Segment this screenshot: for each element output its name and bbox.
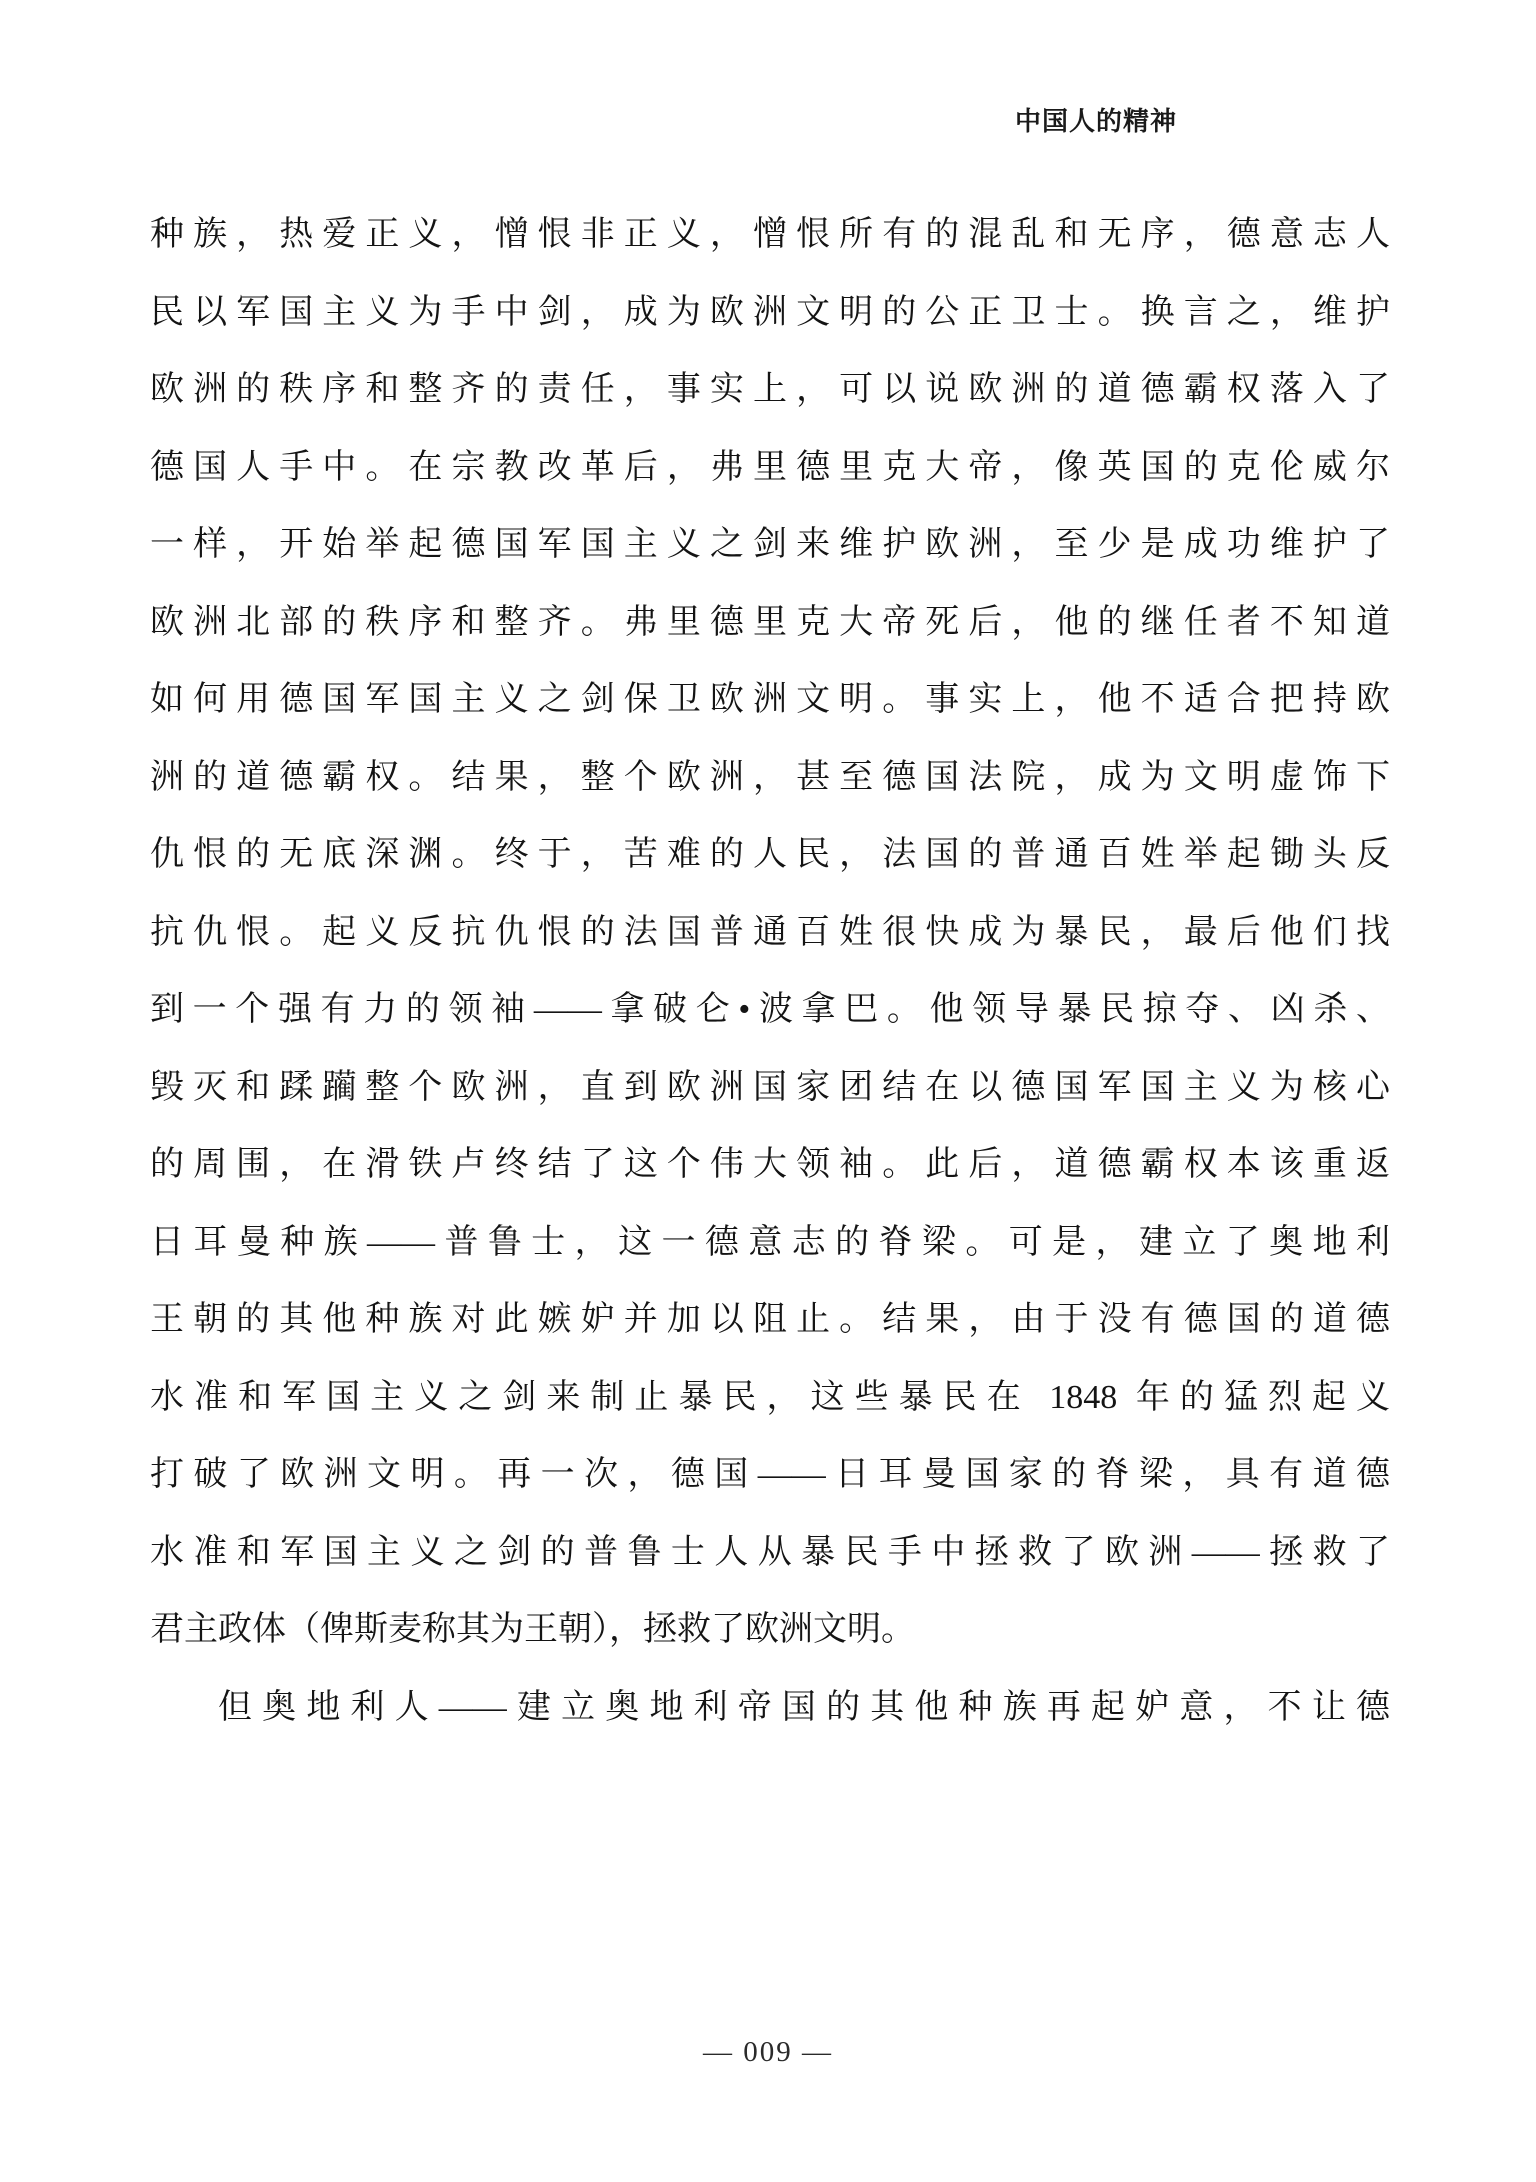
page-number: — 009 — [0, 2036, 1536, 2069]
text-line: 洲的道德霸权。结果，整个欧洲，甚至德国法院，成为文明虚饰下 [150, 739, 1390, 817]
text-line: 种族，热爱正义，憎恨非正义，憎恨所有的混乱和无序，德意志人 [150, 196, 1390, 274]
text-line: 欧洲北部的秩序和整齐。弗里德里克大帝死后，他的继任者不知道 [150, 584, 1390, 662]
book-page: 中国人的精神 种族，热爱正义，憎恨非正义，憎恨所有的混乱和无序，德意志人民以军国… [0, 0, 1536, 2182]
text-line: 日耳曼种族——普鲁士，这一德意志的脊梁。可是，建立了奥地利 [150, 1204, 1390, 1282]
text-line: 水准和军国主义之剑来制止暴民，这些暴民在 1848 年的猛烈起义 [150, 1359, 1390, 1437]
text-line: 德国人手中。在宗教改革后，弗里德里克大帝，像英国的克伦威尔 [150, 429, 1390, 507]
text-line: 水准和军国主义之剑的普鲁士人从暴民手中拯救了欧洲——拯救了 [150, 1514, 1390, 1592]
text-line: 君主政体（俾斯麦称其为王朝），拯救了欧洲文明。 [150, 1591, 1390, 1669]
text-line: 王朝的其他种族对此嫉妒并加以阻止。结果，由于没有德国的道德 [150, 1281, 1390, 1359]
text-line: 打破了欧洲文明。再一次，德国——日耳曼国家的脊梁，具有道德 [150, 1436, 1390, 1514]
text-line: 到一个强有力的领袖——拿破仑•波拿巴。他领导暴民掠夺、凶杀、 [150, 971, 1390, 1049]
text-line: 民以军国主义为手中剑，成为欧洲文明的公正卫士。换言之，维护 [150, 274, 1390, 352]
text-line: 仇恨的无底深渊。终于，苦难的人民，法国的普通百姓举起锄头反 [150, 816, 1390, 894]
body-text: 种族，热爱正义，憎恨非正义，憎恨所有的混乱和无序，德意志人民以军国主义为手中剑，… [150, 196, 1390, 1746]
text-line: 但奥地利人——建立奥地利帝国的其他种族再起妒意，不让德 [150, 1669, 1390, 1747]
text-line: 的周围，在滑铁卢终结了这个伟大领袖。此后，道德霸权本该重返 [150, 1126, 1390, 1204]
text-line: 抗仇恨。起义反抗仇恨的法国普通百姓很快成为暴民，最后他们找 [150, 894, 1390, 972]
text-line: 欧洲的秩序和整齐的责任，事实上，可以说欧洲的道德霸权落入了 [150, 351, 1390, 429]
text-line: 毁灭和蹂躏整个欧洲，直到欧洲国家团结在以德国军国主义为核心 [150, 1049, 1390, 1127]
running-header: 中国人的精神 [1015, 101, 1177, 138]
text-line: 如何用德国军国主义之剑保卫欧洲文明。事实上，他不适合把持欧 [150, 661, 1390, 739]
text-line: 一样，开始举起德国军国主义之剑来维护欧洲，至少是成功维护了 [150, 506, 1390, 584]
